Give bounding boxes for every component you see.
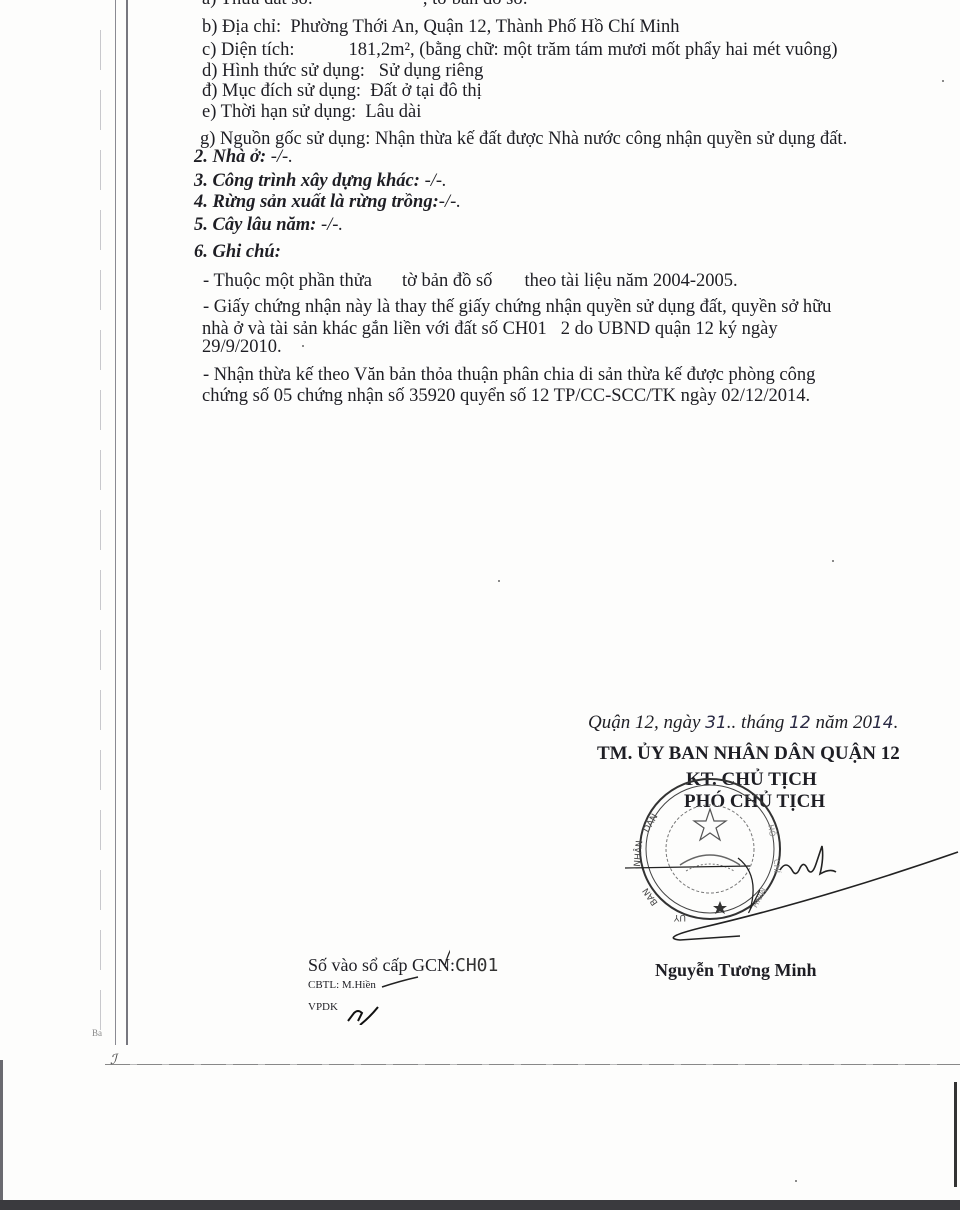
frame-border-dashed [100,30,101,1030]
section-notes-heading: 6. Ghi chú: [194,241,281,263]
registration-office: VPDK [308,1001,338,1013]
frame-border-bottom [105,1064,960,1065]
scan-edge-bottom [0,1200,960,1210]
land-area: c) Diện tích:181,2m², (bằng chữ: một tră… [202,39,838,61]
note-inheritance-line1: - Nhận thừa kế theo Văn bản thỏa thuận p… [203,364,815,386]
issuing-organization: TM. ỦY BAN NHÂN DÂN QUẬN 12 [597,743,900,765]
corner-scribble: ℐ [110,1052,117,1069]
section-house: 2. Nhà ở: -/-. [194,146,293,168]
registration-number: Số vào sổ cấp GCN:CH01 [308,955,498,976]
section-other-construction: 3. Công trình xây dựng khác: -/-. [194,170,447,192]
note-inheritance-line2: chứng số 05 chứng nhận số 35920 quyển số… [202,385,810,407]
signing-date: Quận 12, ngày 31.. tháng 12 năm 2014. [588,712,898,734]
land-address: b) Địa chỉ: Phường Thới An, Quận 12, Thà… [202,16,680,38]
registration-officer: CBTL: M.Hiền [308,979,376,991]
land-usage-form: d) Hình thức sử dụng: Sử dụng riêng [202,60,483,82]
frame-border-inner [115,0,116,1045]
scan-speck [942,80,944,82]
section-production-forest: 4. Rừng sản xuất là rừng trồng:-/-. [194,191,461,213]
note-replacement-line2: nhà ở và tài sản khác gắn liền với đất s… [202,318,778,340]
section-perennial-trees: 5. Cây lâu năm: -/-. [194,214,343,236]
land-parcel-number: a) Thửa đất số:, tờ bản đồ số: [202,0,528,10]
scan-speck [302,345,304,347]
note-replacement-line1: - Giấy chứng nhận này là thay thế giấy c… [203,296,831,318]
scan-speck [498,580,500,582]
note-parcel-reference: - Thuộc một phần thửatờ bản đồ sốtheo tà… [203,270,738,292]
land-usage-purpose: đ) Mục đích sử dụng: Đất ở tại đô thị [202,80,482,102]
handwritten-signature-icon [620,820,960,950]
scan-speck [832,560,834,562]
scan-speck [795,1180,797,1182]
scan-edge-left [0,1060,3,1200]
land-usage-origin: g) Nguồn gốc sử dụng: Nhận thừa kế đất đ… [200,128,847,150]
note-replacement-date: 29/9/2010. [202,336,282,358]
scanned-document-page: Ba ℐ a) Thửa đất số:, tờ bản đồ số: b) Đ… [0,0,960,1210]
scan-edge-right [954,1082,957,1187]
land-usage-term: e) Thời hạn sử dụng: Lâu dài [202,101,421,123]
signer-name: Nguyễn Tương Minh [655,960,816,981]
corner-mark: Ba [92,1028,102,1038]
frame-border-outer [126,0,128,1045]
